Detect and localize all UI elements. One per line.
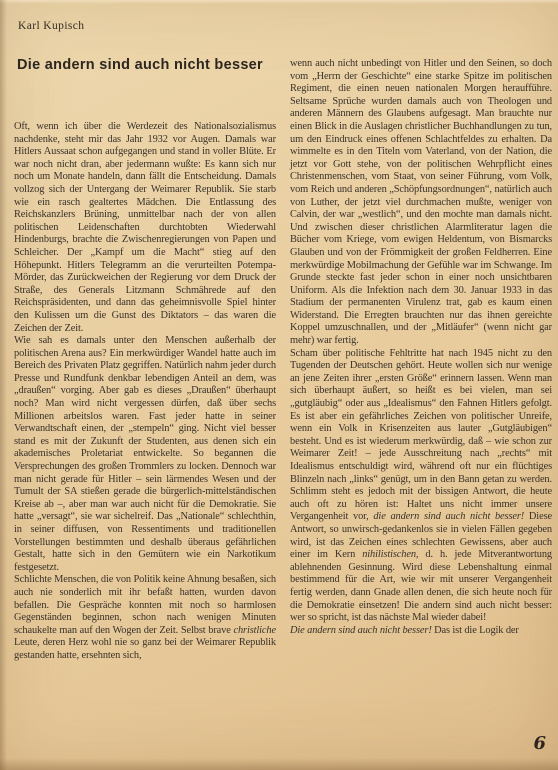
emphasized-text: nihilistischen <box>362 549 416 560</box>
page-edge-bottom <box>0 758 558 770</box>
text-column-right: wenn auch nicht unbedingt von Hitler und… <box>290 58 552 637</box>
body-text: wenn auch nicht unbedingt von Hitler und… <box>290 58 552 346</box>
paragraph: Schlichte Menschen, die von Politik kein… <box>14 574 276 662</box>
body-text: Das ist die Logik der <box>432 625 519 636</box>
body-text: Scham über politische Fehltritte hat nac… <box>290 348 552 523</box>
body-text: Wie sah es damals unter den Menschen auß… <box>14 335 276 573</box>
paragraph: Scham über politische Fehltritte hat nac… <box>290 348 552 625</box>
page-edge-top <box>0 0 558 4</box>
body-text: Oft, wenn ich über die Werdezeit des Nat… <box>14 121 276 334</box>
text-column-left: Oft, wenn ich über die Werdezeit des Nat… <box>14 121 276 663</box>
emphasized-text: die andern sind auch nicht besser! <box>373 511 524 522</box>
paragraph: Wie sah es damals unter den Menschen auß… <box>14 335 276 574</box>
paragraph: Oft, wenn ich über die Werdezeit des Nat… <box>14 121 276 335</box>
emphasized-text: Die andern sind auch nicht besser! <box>290 625 432 636</box>
paragraph: Die andern sind auch nicht besser! Das i… <box>290 625 552 638</box>
article-title: Die andern sind auch nicht besser <box>17 57 263 73</box>
page-edge-left <box>0 0 7 770</box>
body-text: , d. h. jede Mitverantwortung ablehnende… <box>290 549 552 623</box>
page-number: 6 <box>533 733 546 754</box>
emphasized-text: christliche <box>233 625 276 636</box>
book-page: Karl Kupisch Die andern sind auch nicht … <box>0 0 558 770</box>
author-name: Karl Kupisch <box>18 20 84 32</box>
paragraph: wenn auch nicht unbedingt von Hitler und… <box>290 58 552 348</box>
body-text: Leute, deren Herz wohl nie so ganz bei d… <box>14 637 276 661</box>
